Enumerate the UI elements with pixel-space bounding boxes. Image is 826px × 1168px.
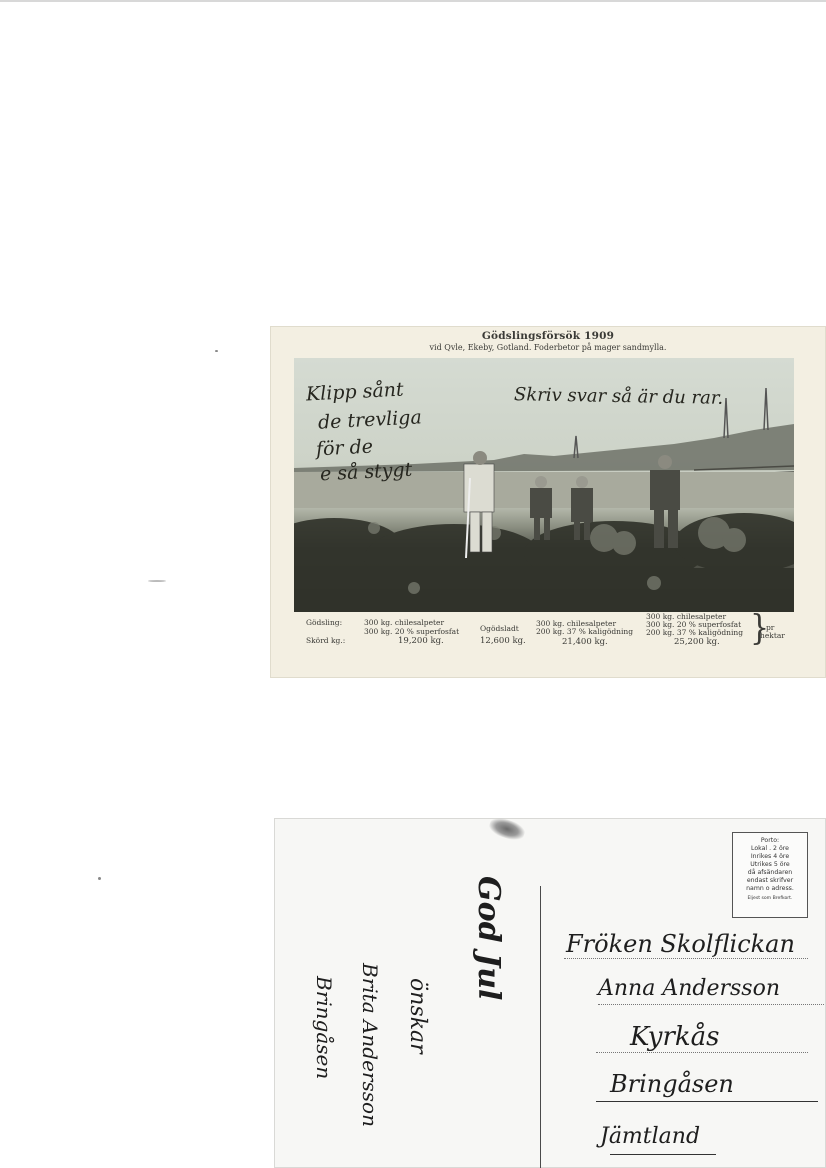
- postcard-front: Gödslingsförsök 1909 vid Qvle, Ekeby, Go…: [270, 326, 826, 678]
- unit-note-line-2: hektar: [760, 631, 785, 640]
- postage-line: Inrikes 4 öre: [733, 853, 807, 861]
- greeting-line-1: God Jul: [471, 876, 506, 1000]
- row-label-fertilizer: Gödsling:: [306, 618, 342, 627]
- scan-speck: [215, 350, 218, 352]
- address-rule: [610, 1154, 716, 1155]
- postage-title: Porto:: [733, 837, 807, 845]
- row-label-harvest: Skörd kg.:: [306, 636, 345, 645]
- postage-footer: Eljest som Brefkort.: [733, 895, 807, 903]
- handwritten-note-right: Skriv svar så är du rar.: [514, 384, 724, 409]
- col4-fertilizer-line-3: 200 kg. 37 % kaligödning: [646, 628, 743, 637]
- col1-harvest: 19,200 kg.: [398, 637, 444, 646]
- col4-harvest: 25,200 kg.: [674, 638, 720, 647]
- address-divider-line: [540, 886, 541, 1168]
- fertilizer-results-table: Gödsling: Skörd kg.: 300 kg. chilesalpet…: [294, 614, 814, 674]
- address-line-recipient-name: Anna Andersson: [598, 976, 780, 1001]
- scan-speck: [98, 877, 101, 880]
- postage-line: Utrikes 5 öre: [733, 861, 807, 869]
- col2-harvest: 12,600 kg.: [480, 637, 526, 646]
- col1-fertilizer-line-2: 300 kg. 20 % superfosfat: [364, 627, 459, 636]
- postage-line: då afsändaren: [733, 869, 807, 877]
- address-line-recipient-title: Fröken Skolflickan: [566, 930, 795, 958]
- postage-info-box: Porto: Lokal . 2 öre Inrikes 4 öre Utrik…: [732, 832, 808, 918]
- greeting-sender-name: Brita Andersson: [358, 963, 382, 1127]
- address-rule: [596, 1052, 808, 1053]
- col3-harvest: 21,400 kg.: [562, 638, 608, 647]
- address-line-province: Jämtland: [600, 1124, 700, 1149]
- postage-line: endast skrifver: [733, 877, 807, 885]
- address-rule: [596, 1101, 818, 1102]
- col3-fertilizer-line-2: 200 kg. 37 % kaligödning: [536, 627, 633, 636]
- postcard-back: Porto: Lokal . 2 öre Inrikes 4 öre Utrik…: [274, 818, 826, 1168]
- postcard-title: Gödslingsförsök 1909: [270, 330, 826, 342]
- address-rule: [598, 1004, 824, 1005]
- handwritten-note-left-line-3: för de: [315, 437, 373, 461]
- scan-speck: [148, 580, 166, 582]
- postage-line: namn o adress.: [733, 885, 807, 893]
- postcard-subtitle: vid Qvle, Ekeby, Gotland. Foderbetor på …: [270, 343, 826, 352]
- greeting-line-2: önskar: [405, 978, 430, 1054]
- address-line-parish: Kyrkås: [630, 1022, 719, 1052]
- address-rule: [564, 958, 808, 959]
- address-line-village: Bringåsen: [610, 1070, 734, 1098]
- field-photograph: Klipp sånt de trevliga för de e så stygt…: [294, 358, 794, 612]
- scan-top-edge: [0, 0, 826, 2]
- postage-line: Lokal . 2 öre: [733, 845, 807, 853]
- greeting-sender-place: Bringåsen: [312, 976, 336, 1079]
- col1-fertilizer-line-1: 300 kg. chilesalpeter: [364, 618, 444, 627]
- ink-stain: [487, 815, 527, 843]
- col2-fertilizer: Ogödsladt: [480, 624, 519, 633]
